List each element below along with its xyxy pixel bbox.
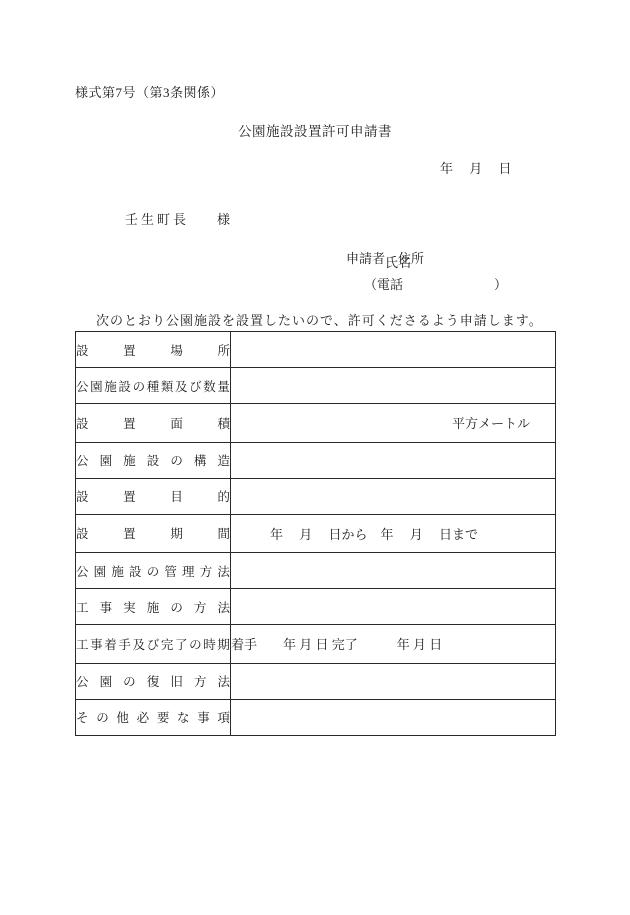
row-label: 設置目的 [76, 487, 230, 505]
row-label: 公園の復旧方法 [76, 672, 230, 690]
row-value [231, 478, 556, 514]
applicant-phone-label: （電話 ） [364, 274, 507, 293]
table-row: 公園の復旧方法 [76, 663, 556, 699]
row-label: 公園施設の種類及び数量 [76, 377, 230, 395]
row-label: 公園施設の管理方法 [76, 562, 230, 580]
table-row: その他必要な事項 [76, 699, 556, 735]
table-row: 設置面積 平方メートル [76, 404, 556, 442]
applicant-label: 申請者 [346, 251, 385, 266]
row-value [231, 663, 556, 699]
row-value [231, 589, 556, 625]
table-row: 工事着手及び完了の時期 着手 年 月 日 完了 年 月 日 [76, 625, 556, 663]
row-label: 工事実施の方法 [76, 598, 230, 616]
page-title: 公園施設設置許可申請書 [0, 120, 630, 140]
row-label: 公園施設の構造 [76, 451, 230, 469]
table-row: 設置目的 [76, 478, 556, 514]
addressee-name: 壬生町長 [125, 212, 189, 227]
row-label: その他必要な事項 [76, 708, 230, 726]
addressee-honorific: 様 [217, 212, 233, 227]
table-row: 設置期間 年 月 日から 年 月 日まで [76, 514, 556, 552]
row-value: 着手 年 月 日 完了 年 月 日 [231, 625, 556, 663]
table-row: 工事実施の方法 [76, 589, 556, 625]
document-page: 様式第7号（第3条関係） 公園施設設置許可申請書 年 月 日 壬生町長様 申請者… [0, 0, 630, 915]
row-value [231, 699, 556, 735]
row-label: 設置面積 [76, 414, 230, 432]
row-value [231, 332, 556, 368]
table-row: 設置場所 [76, 332, 556, 368]
row-label: 設置場所 [76, 341, 230, 359]
row-value: 年 月 日から 年 月 日まで [231, 514, 556, 552]
row-value: 平方メートル [231, 404, 556, 442]
row-label: 工事着手及び完了の時期 [76, 635, 230, 653]
row-value [231, 553, 556, 589]
form-number: 様式第7号（第3条関係） [75, 82, 224, 101]
date-line: 年 月 日 [440, 158, 512, 177]
table-row: 公園施設の構造 [76, 442, 556, 478]
table-row: 公園施設の管理方法 [76, 553, 556, 589]
intro-text: 次のとおり公園施設を設置したいので、許可くださるよう申請します。 [96, 310, 543, 329]
row-value [231, 368, 556, 404]
addressee-line: 壬生町長様 [100, 193, 233, 244]
table-row: 公園施設の種類及び数量 [76, 368, 556, 404]
row-label: 設置期間 [76, 524, 230, 542]
application-table: 設置場所 公園施設の種類及び数量 設置面積 平方メートル 公園施設の構造 設置目… [75, 331, 556, 736]
row-value [231, 442, 556, 478]
applicant-name-label: 氏名 [385, 252, 411, 271]
